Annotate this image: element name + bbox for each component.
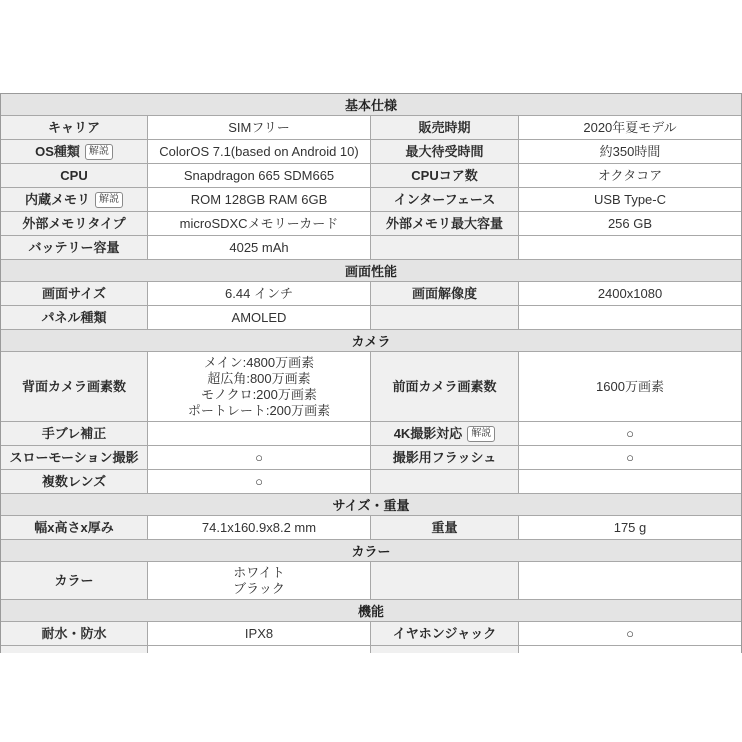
screen-resolution-label: 画面解像度 [371,282,519,305]
4k-recording-kaisetsu-link[interactable]: 解説 [467,426,495,442]
dimensions-label: 幅x高さx厚み [1,516,148,539]
table-row: 耐水・防水 IPX8 イヤホンジャック ○ [1,622,741,646]
external-memory-max-label: 外部メモリ最大容量 [371,212,519,235]
internal-memory-kaisetsu-link[interactable]: 解説 [95,192,123,208]
max-standby-label: 最大待受時間 [371,140,519,163]
front-camera-mp-label: 前面カメラ画素数 [371,352,519,421]
empty-label-cell [371,470,519,493]
earphone-jack-label: イヤホンジャック [371,622,519,645]
battery-capacity-label: バッテリー容量 [1,236,148,259]
image-stabilization-label: 手ブレ補正 [1,422,148,445]
spec-table: 基本仕様 キャリア SIMフリー 販売時期 2020年夏モデル OS種類 解説 … [0,93,742,653]
section-header-screen: 画面性能 [1,260,741,282]
table-row: パネル種類 AMOLED [1,306,741,330]
table-row: 幅x高さx厚み 74.1x160.9x8.2 mm 重量 175 g [1,516,741,540]
cpu-label: CPU [1,164,148,187]
internal-memory-label-text: 内蔵メモリ [25,192,90,208]
sale-period-label: 販売時期 [371,116,519,139]
empty-value-cell [519,470,741,493]
multi-lens-label: 複数レンズ [1,470,148,493]
waterproof-label: 耐水・防水 [1,622,148,645]
empty-value-cell [519,236,741,259]
table-row: 画面サイズ 6.44 インチ 画面解像度 2400x1080 [1,282,741,306]
os-type-label-text: OS種類 [35,144,80,160]
carrier-label: キャリア [1,116,148,139]
clipped-label-cell [1,646,148,653]
panel-type-value: AMOLED [148,306,371,329]
internal-memory-label: 内蔵メモリ 解説 [1,188,148,211]
section-header-basic-specs: 基本仕様 [1,94,741,116]
internal-memory-value: ROM 128GB RAM 6GB [148,188,371,211]
4k-recording-label: 4K撮影対応 解説 [371,422,519,445]
interface-label: インターフェース [371,188,519,211]
cpu-value: Snapdragon 665 SDM665 [148,164,371,187]
carrier-value: SIMフリー [148,116,371,139]
rear-camera-mp-label: 背面カメラ画素数 [1,352,148,421]
table-row: CPU Snapdragon 665 SDM665 CPUコア数 オクタコア [1,164,741,188]
section-header-size-weight: サイズ・重量 [1,494,741,516]
empty-value-cell [519,562,741,599]
screen-size-label: 画面サイズ [1,282,148,305]
table-row: 背面カメラ画素数 メイン:4800万画素 超広角:800万画素 モノクロ:200… [1,352,741,422]
os-type-kaisetsu-link[interactable]: 解説 [85,144,113,160]
weight-label: 重量 [371,516,519,539]
section-header-color: カラー [1,540,741,562]
slow-motion-value: ○ [148,446,371,469]
4k-recording-value: ○ [519,422,741,445]
external-memory-max-value: 256 GB [519,212,741,235]
clipped-value-cell [148,646,371,653]
battery-capacity-value: 4025 mAh [148,236,371,259]
table-row: 複数レンズ ○ [1,470,741,494]
interface-value: USB Type-C [519,188,741,211]
cpu-cores-value: オクタコア [519,164,741,187]
clipped-label-cell [371,646,519,653]
table-row: カラー ホワイト ブラック [1,562,741,600]
section-header-features: 機能 [1,600,741,622]
os-type-value: ColorOS 7.1(based on Android 10) [148,140,371,163]
empty-value-cell [519,306,741,329]
4k-recording-label-text: 4K撮影対応 [394,426,463,442]
table-row: 外部メモリタイプ microSDXCメモリーカード 外部メモリ最大容量 256 … [1,212,741,236]
cpu-cores-label: CPUコア数 [371,164,519,187]
table-row: 手ブレ補正 4K撮影対応 解説 ○ [1,422,741,446]
earphone-jack-value: ○ [519,622,741,645]
screen-size-value: 6.44 インチ [148,282,371,305]
table-row: OS種類 解説 ColorOS 7.1(based on Android 10)… [1,140,741,164]
table-row: バッテリー容量 4025 mAh [1,236,741,260]
empty-label-cell [371,236,519,259]
os-type-label: OS種類 解説 [1,140,148,163]
table-row: キャリア SIMフリー 販売時期 2020年夏モデル [1,116,741,140]
camera-flash-label: 撮影用フラッシュ [371,446,519,469]
front-camera-mp-value: 1600万画素 [519,352,741,421]
multi-lens-value: ○ [148,470,371,493]
sale-period-value: 2020年夏モデル [519,116,741,139]
empty-label-cell [371,306,519,329]
camera-flash-value: ○ [519,446,741,469]
dimensions-value: 74.1x160.9x8.2 mm [148,516,371,539]
screen-resolution-value: 2400x1080 [519,282,741,305]
color-value: ホワイト ブラック [148,562,371,599]
slow-motion-label: スローモーション撮影 [1,446,148,469]
panel-type-label: パネル種類 [1,306,148,329]
clipped-row [1,646,741,653]
external-memory-type-value: microSDXCメモリーカード [148,212,371,235]
table-row: スローモーション撮影 ○ 撮影用フラッシュ ○ [1,446,741,470]
clipped-value-cell [519,646,741,653]
table-row: 内蔵メモリ 解説 ROM 128GB RAM 6GB インターフェース USB … [1,188,741,212]
color-label: カラー [1,562,148,599]
max-standby-value: 約350時間 [519,140,741,163]
empty-label-cell [371,562,519,599]
rear-camera-mp-value: メイン:4800万画素 超広角:800万画素 モノクロ:200万画素 ポートレー… [148,352,371,421]
external-memory-type-label: 外部メモリタイプ [1,212,148,235]
image-stabilization-value [148,422,371,445]
weight-value: 175 g [519,516,741,539]
section-header-camera: カメラ [1,330,741,352]
waterproof-value: IPX8 [148,622,371,645]
